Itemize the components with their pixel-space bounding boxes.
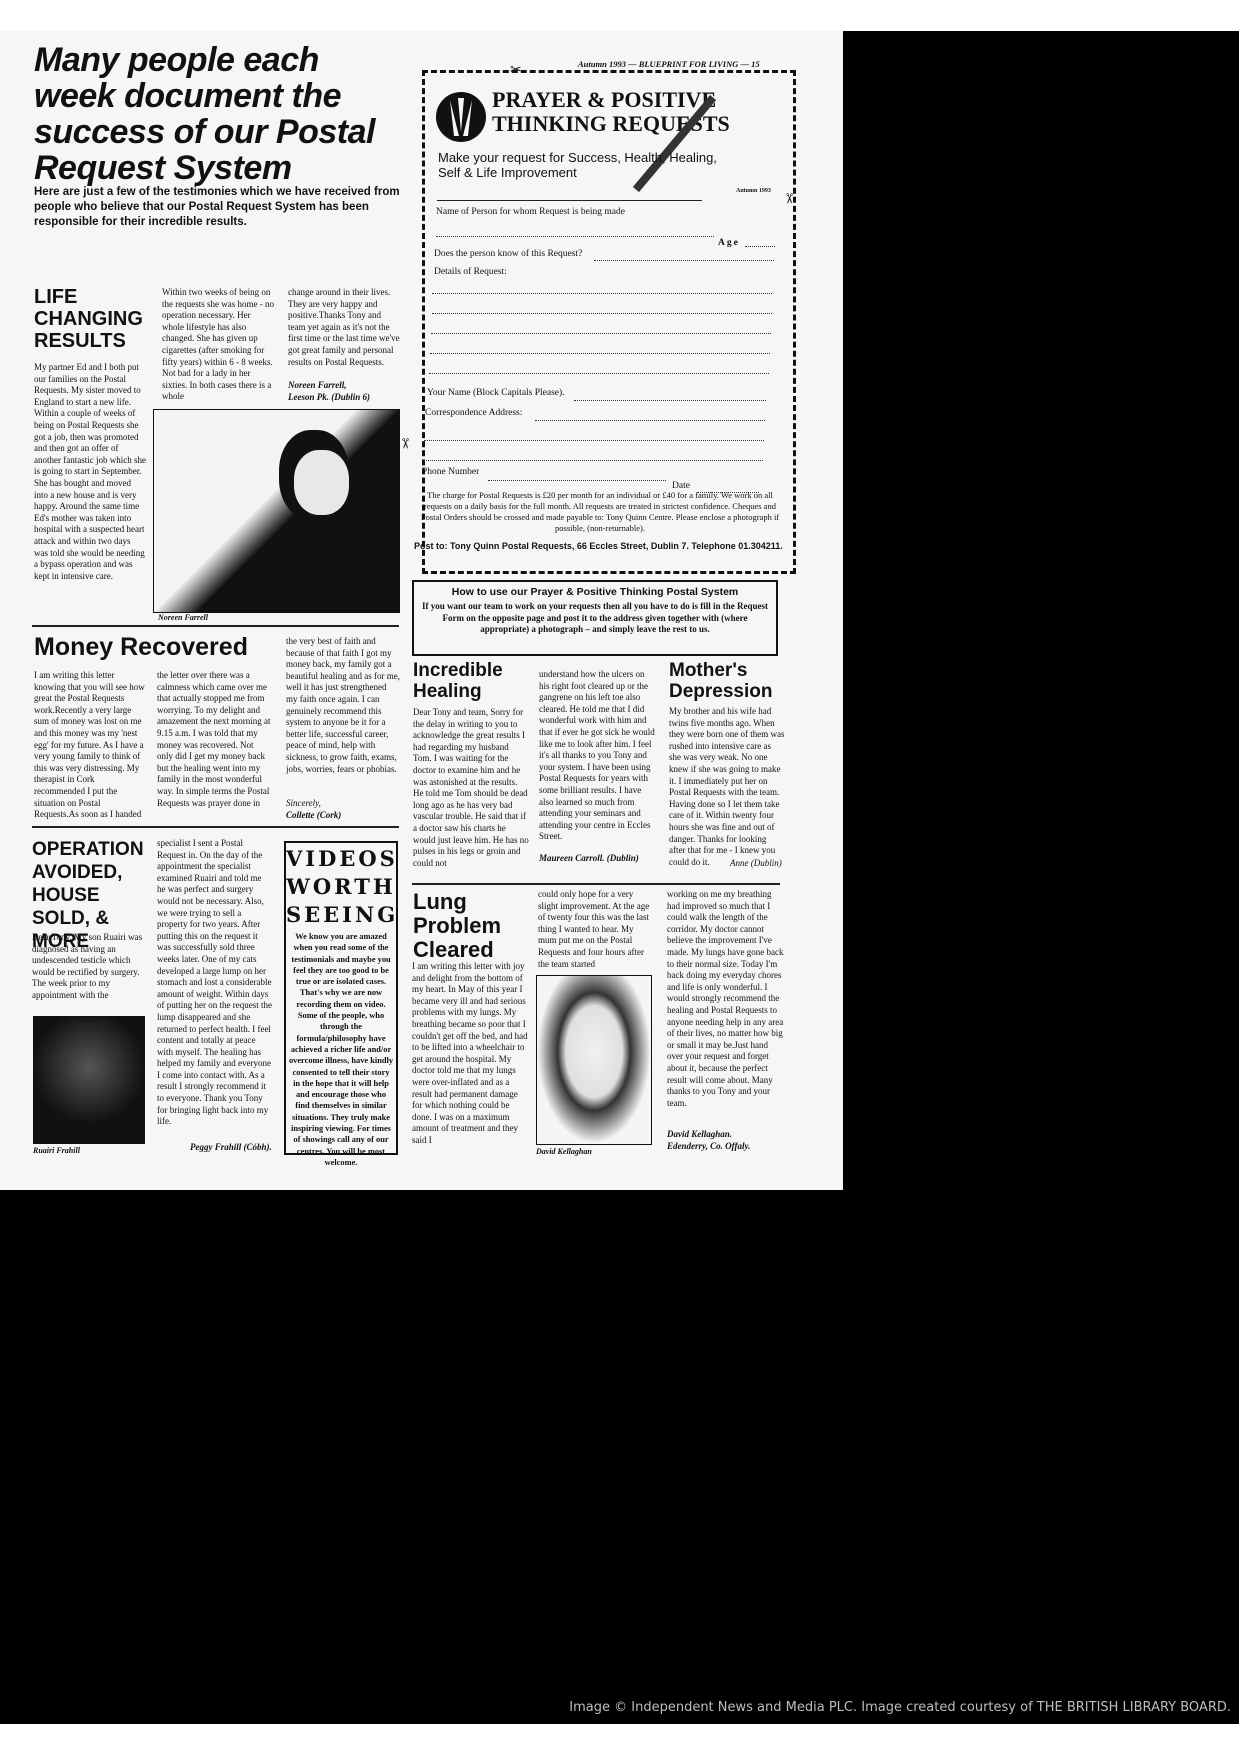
tony-quinn-logo-icon (436, 92, 486, 142)
lung-problem-col3: working on me my breathing had improved … (667, 889, 785, 1109)
scissors-icon: ✂ (510, 62, 522, 79)
postal-address: Post to: Tony Quinn Postal Requests, 66 … (414, 541, 786, 551)
incredible-healing-col2: understand how the ulcers on his right f… (539, 669, 655, 843)
divider (412, 883, 780, 885)
money-closing: Sincerely, (286, 798, 321, 810)
page-intro: Here are just a few of the testimonies w… (34, 185, 404, 230)
mothers-depression-body: My brother and his wife had twins five m… (669, 706, 785, 868)
know-of-request-field[interactable] (594, 252, 774, 261)
photo-noreen-farrell (153, 409, 400, 613)
life-changing-col3: change around in their lives. They are v… (288, 287, 400, 368)
coupon-subtitle: Make your request for Success, Health, H… (438, 150, 738, 180)
details-field-line3[interactable] (431, 325, 771, 334)
age-label: Age (718, 238, 740, 248)
photo-caption-noreen: Noreen Farrell (158, 613, 208, 622)
photo-caption-david: David Kellaghan (536, 1147, 592, 1156)
name-of-person-label: Name of Person for whom Request is being… (436, 207, 625, 217)
videos-worth-seeing-box: VIDEOS WORTH SEEING We know you are amaz… (284, 841, 398, 1155)
know-of-request-label: Does the person know of this Request? (434, 249, 582, 259)
life-changing-col1: My partner Ed and I both put our familie… (34, 362, 146, 582)
life-changing-col2: Within two weeks of being on the request… (162, 287, 274, 403)
phone-label: Phone Number (422, 467, 479, 477)
image-credit: Image © Independent News and Media PLC. … (569, 1700, 1231, 1715)
operation-col1: Dear Tony, My son Ruairi was diagnosed a… (32, 932, 144, 1002)
operation-col2: specialist I sent a Postal Request in. O… (157, 838, 272, 1128)
coupon-title-line1: PRAYER & POSITIVE (492, 88, 730, 112)
photo-caption-ruairi: Ruairi Frahill (33, 1146, 80, 1155)
your-name-label: Your Name (Block Capitals Please). (427, 388, 565, 398)
money-signature: Collette (Cork) (286, 810, 341, 822)
page-headline: Many people each week document the succe… (34, 42, 394, 186)
age-field[interactable] (745, 238, 775, 247)
videos-body: We know you are amazed when you read som… (286, 931, 396, 1168)
how-to-body: If you want our team to work on your req… (414, 601, 776, 636)
money-col1: I am writing this letter knowing that yo… (34, 670, 146, 821)
details-field-line1[interactable] (432, 285, 772, 294)
life-changing-signature: Noreen Farrell, (288, 380, 347, 392)
running-header: Autumn 1993 — BLUEPRINT FOR LIVING — 15 (578, 59, 760, 69)
details-field-line5[interactable] (429, 365, 769, 374)
scissors-icon: ✂ (779, 193, 796, 205)
details-label: Details of Request: (434, 267, 507, 277)
scan-background-right (843, 31, 1239, 1690)
details-field-line2[interactable] (432, 305, 772, 314)
scissors-icon: ✂ (395, 438, 412, 450)
article-title-life-changing: LIFE CHANGING RESULTS (34, 286, 154, 352)
article-title-incredible-healing: Incredible Healing (413, 660, 533, 702)
divider (32, 625, 399, 627)
divider (32, 826, 399, 828)
life-changing-location: Leeson Pk. (Dublin 6) (288, 392, 370, 404)
phone-field[interactable] (488, 472, 666, 481)
article-title-lung-problem: Lung Problem Cleared (413, 890, 533, 962)
coupon-issue-tag: Autumn 1993 (736, 188, 771, 194)
lung-problem-location: Edenderry, Co. Offaly. (667, 1141, 750, 1153)
videos-title-line3: SEEING (286, 903, 396, 927)
article-title-mothers-depression: Mother's Depression (669, 660, 789, 702)
money-col2: the letter over there was a calmness whi… (157, 670, 271, 809)
article-title-money-recovered: Money Recovered (34, 633, 248, 661)
name-of-person-field[interactable] (436, 228, 714, 237)
how-to-use-box: How to use our Prayer & Positive Thinkin… (412, 580, 778, 656)
lung-problem-signature: David Kellaghan. (667, 1129, 732, 1141)
address-field-line2[interactable] (424, 432, 764, 441)
how-to-title: How to use our Prayer & Positive Thinkin… (414, 586, 776, 598)
your-name-field[interactable] (574, 392, 766, 401)
operation-signature: Peggy Frahill (Cóbh). (190, 1142, 272, 1154)
photo-ruairi-frahill (33, 1016, 145, 1144)
details-field-line4[interactable] (430, 345, 770, 354)
incredible-healing-col1: Dear Tony and team, Sorry for the delay … (413, 707, 529, 869)
incredible-healing-signature: Maureen Carroll. (Dublin) (539, 853, 639, 865)
lung-problem-col2: could only hope for a very slight improv… (538, 889, 654, 970)
lung-problem-col1: I am writing this letter with joy and de… (412, 961, 530, 1147)
videos-title-line2: WORTH (286, 875, 396, 899)
photo-david-kellaghan (536, 975, 652, 1145)
divider (437, 200, 702, 201)
scan-background-bottom (0, 1190, 843, 1690)
charge-info: The charge for Postal Requests is £20 pe… (414, 490, 786, 534)
address-field-line3[interactable] (423, 452, 763, 461)
address-label: Correspondence Address: (425, 408, 522, 418)
address-field-line1[interactable] (535, 412, 765, 421)
money-col3: the very best of faith and because of th… (286, 636, 400, 775)
videos-title-line1: VIDEOS (286, 847, 396, 871)
mothers-depression-signature: Anne (Dublin) (730, 858, 782, 870)
